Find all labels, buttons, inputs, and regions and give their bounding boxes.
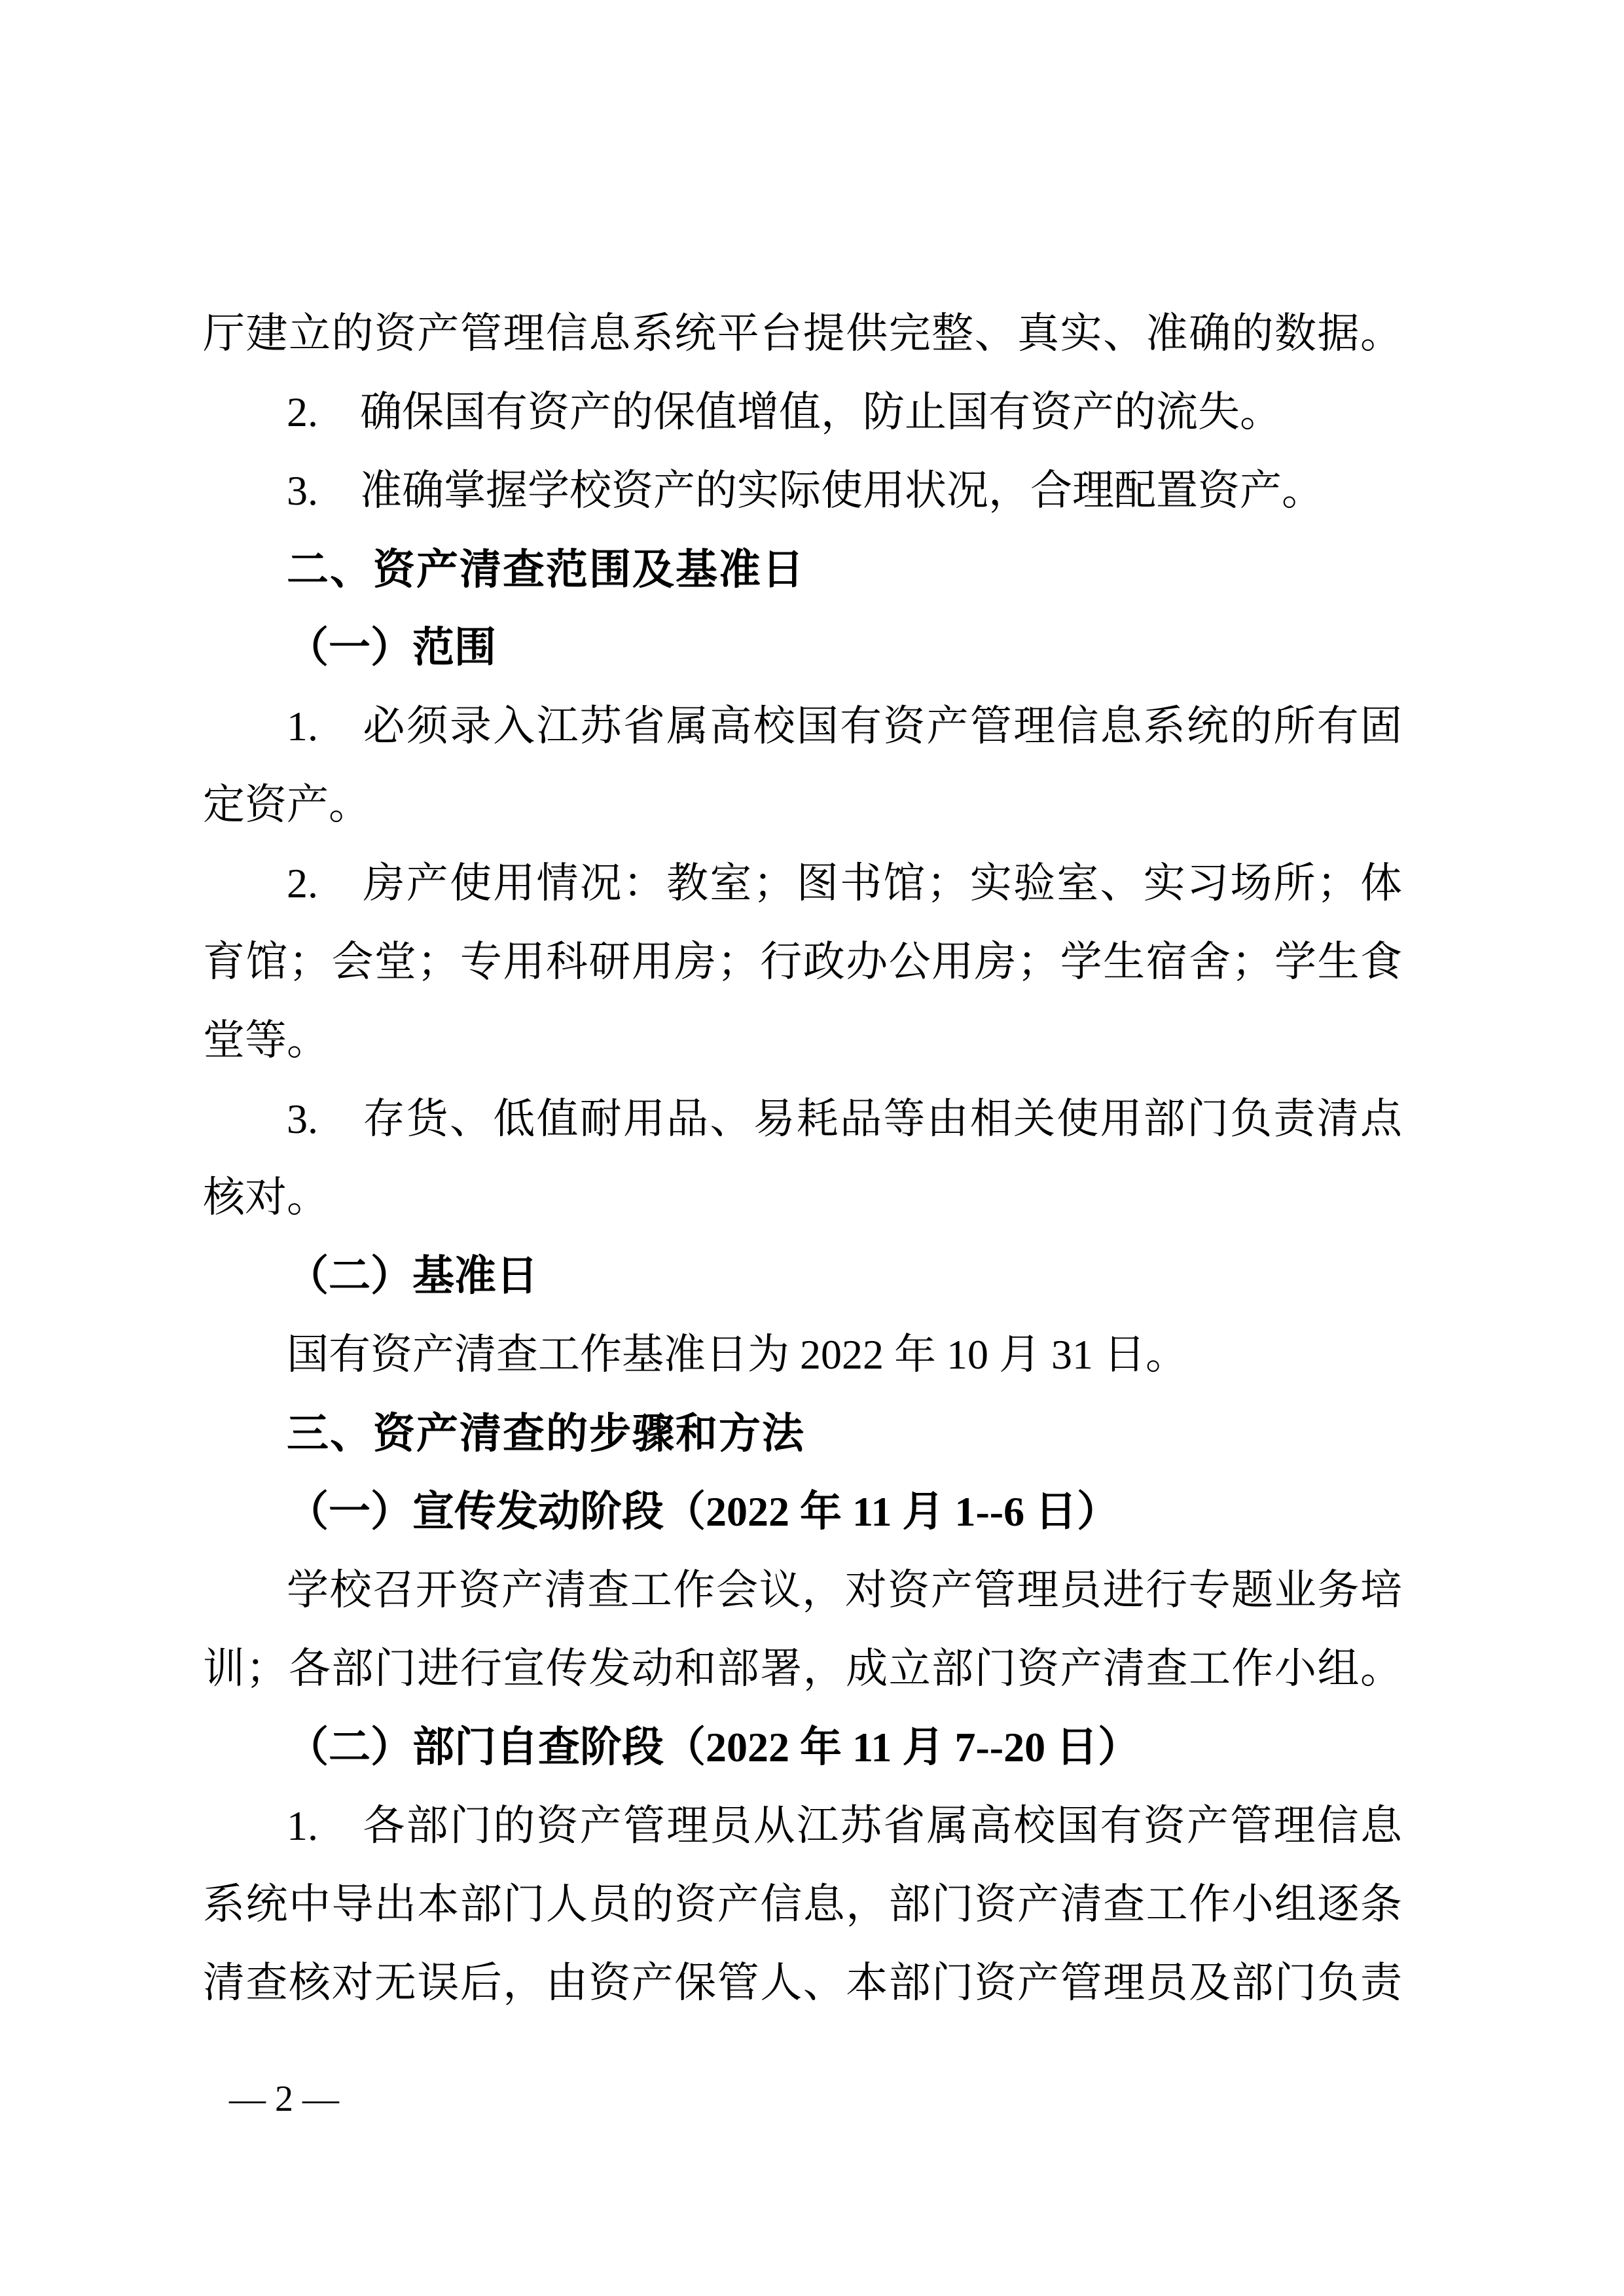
- text-line: 2. 房产使用情况：教室；图书馆；实验室、实习场所；体: [203, 844, 1402, 923]
- text-line: 学校召开资产清查工作会议，对资产管理员进行专题业务培: [203, 1551, 1402, 1630]
- text-line: 定资产。: [203, 766, 1402, 844]
- text-line: （一）范围: [203, 609, 1402, 687]
- text-line: 堂等。: [203, 1001, 1402, 1080]
- text-line: 清查核对无误后，由资产保管人、本部门资产管理员及部门负责: [203, 1944, 1402, 2022]
- text-line: 厅建立的资产管理信息系统平台提供完整、真实、准确的数据。: [203, 295, 1402, 373]
- text-line: 1. 必须录入江苏省属高校国有资产管理信息系统的所有固: [203, 687, 1402, 766]
- text-line: 训；各部门进行宣传发动和部署，成立部门资产清查工作小组。: [203, 1630, 1402, 1708]
- text-line: 系统中导出本部门人员的资产信息，部门资产清查工作小组逐条: [203, 1865, 1402, 1944]
- text-line: （二）基准日: [203, 1237, 1402, 1316]
- text-line: 国有资产清查工作基准日为 2022 年 10 月 31 日。: [203, 1316, 1402, 1394]
- text-line: 2. 确保国有资产的保值增值，防止国有资产的流失。: [203, 373, 1402, 452]
- document-page: 厅建立的资产管理信息系统平台提供完整、真实、准确的数据。2. 确保国有资产的保值…: [0, 0, 1624, 2296]
- text-line: 3. 存货、低值耐用品、易耗品等由相关使用部门负责清点: [203, 1080, 1402, 1158]
- text-line: 三、资产清查的步骤和方法: [203, 1394, 1402, 1473]
- text-line: 核对。: [203, 1158, 1402, 1237]
- text-line: 二、资产清查范围及基准日: [203, 530, 1402, 609]
- text-line: 1. 各部门的资产管理员从江苏省属高校国有资产管理信息: [203, 1787, 1402, 1865]
- document-body: 厅建立的资产管理信息系统平台提供完整、真实、准确的数据。2. 确保国有资产的保值…: [203, 295, 1402, 2022]
- text-line: （一）宣传发动阶段（2022 年 11 月 1--6 日）: [203, 1473, 1402, 1551]
- text-line: 3. 准确掌握学校资产的实际使用状况，合理配置资产。: [203, 452, 1402, 530]
- page-number: — 2 —: [229, 2070, 339, 2128]
- text-line: 育馆；会堂；专用科研用房；行政办公用房；学生宿舍；学生食: [203, 923, 1402, 1001]
- text-line: （二）部门自查阶段（2022 年 11 月 7--20 日）: [203, 1708, 1402, 1787]
